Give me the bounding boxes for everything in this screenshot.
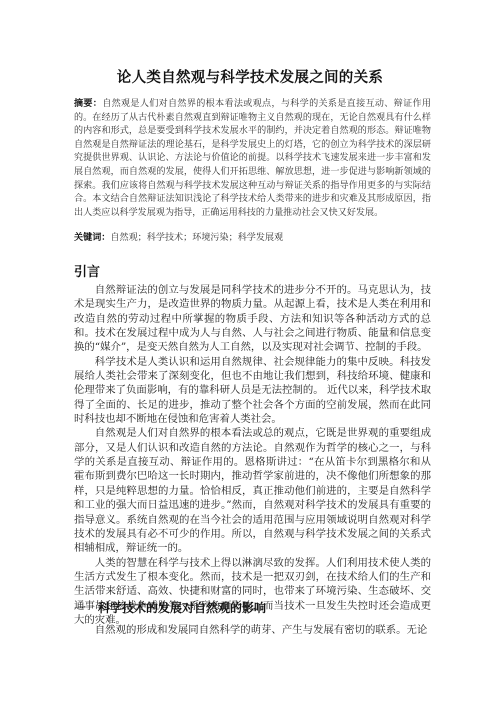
introduction-body: 自然辩证法的创立与发展是同科学技术的进步分不开的。马克思认为，技术是现实生产力，…: [74, 283, 431, 627]
section-body: 自然观的形成和发展同自然科学的萌芽、产生与发展有密切的联系。无论: [74, 623, 431, 637]
keywords: 关键词：自然观；科学技术；环境污染；科学发展观: [74, 232, 431, 245]
abstract-text: 自然观是人们对自然界的根本看法或观点，与科学的关系是直接互动、辩证作用的。在经历…: [74, 99, 431, 218]
document-page: 论人类自然观与科学技术发展之间的关系 摘要：自然观是人们对自然界的根本看法或观点…: [0, 0, 500, 707]
paragraph: 自然观的形成和发展同自然科学的萌芽、产生与发展有密切的联系。无论: [74, 623, 431, 637]
abstract-label: 摘要：: [74, 99, 102, 109]
introduction-heading: 引言: [74, 261, 100, 280]
paragraph: 科学技术是人类认识和运用自然规律、社会规律能力的集中反映。科技发展给人类社会带来…: [74, 355, 431, 427]
section-heading: 一科学技术的发展对自然观的影响: [74, 599, 266, 616]
paragraph: 自然观是人们对自然界的根本看法或总的观点，它既是世界观的重要组成部分，又是人们认…: [74, 426, 431, 555]
document-title: 论人类自然观与科学技术发展之间的关系: [0, 66, 500, 87]
keywords-label: 关键词：: [74, 233, 110, 243]
paragraph: 自然辩证法的创立与发展是同科学技术的进步分不开的。马克思认为，技术是现实生产力，…: [74, 283, 431, 355]
abstract: 摘要：自然观是人们对自然界的根本看法或观点，与科学的关系是直接互动、辩证作用的。…: [74, 98, 431, 220]
keywords-text: 自然观；科学技术；环境污染；科学发展观: [110, 233, 283, 243]
section-title: 科学技术的发展对自然观的影响: [98, 601, 266, 615]
section-number: 一: [74, 599, 98, 616]
paragraph: 人类的智慧在科学与技术上得以淋漓尽致的发挥。人们利用技术使人类的生活方式发生了根…: [74, 556, 431, 628]
